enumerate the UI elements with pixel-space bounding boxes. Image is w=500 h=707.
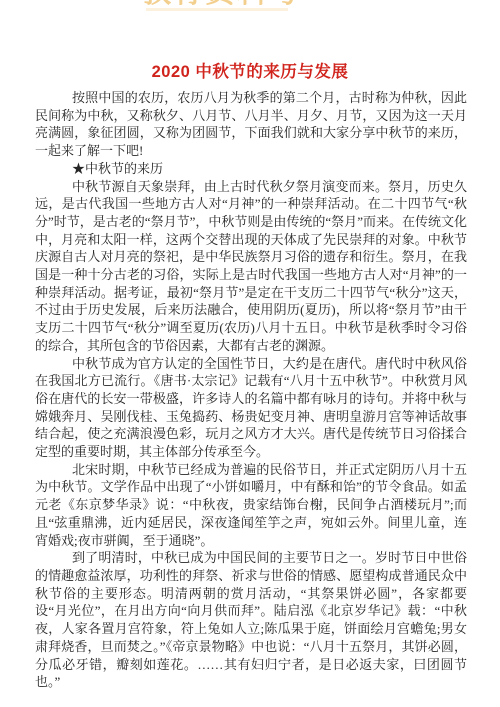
paragraph-song-dynasty: 北宋时期，中秋节已经成为普遍的民俗节日，并正式定阴历八月十五为中秋节。文学作品中… <box>35 461 467 550</box>
paragraph-tang-dynasty: 中秋节成为官方认定的全国性节日，大约是在唐代。唐代时中秋风俗在我国北方已流行。《… <box>35 355 467 461</box>
paragraph-origin: 中秋节源自天象崇拜，由上古时代秋夕祭月演变而来。祭月，历史久远，是古代我国一些地… <box>35 178 467 355</box>
document-body: 按照中国的农历，农历八月为秋季的第二个月，古时称为仲秋，因此民间称为中秋，又称秋… <box>35 89 467 691</box>
section-heading-origin: ★中秋节的来历 <box>35 160 467 178</box>
document-page: 教育资料号 2020 中秋节的来历与发展 按照中国的农历，农历八月为秋季的第二个… <box>0 0 500 707</box>
page-title: 2020 中秋节的来历与发展 <box>0 0 500 83</box>
paragraph-intro: 按照中国的农历，农历八月为秋季的第二个月，古时称为仲秋，因此民间称为中秋，又称秋… <box>35 89 467 160</box>
paragraph-ming-qing: 到了明清时，中秋已成为中国民间的主要节日之一。岁时节日中世俗的情趣愈益浓厚，功利… <box>35 549 467 691</box>
